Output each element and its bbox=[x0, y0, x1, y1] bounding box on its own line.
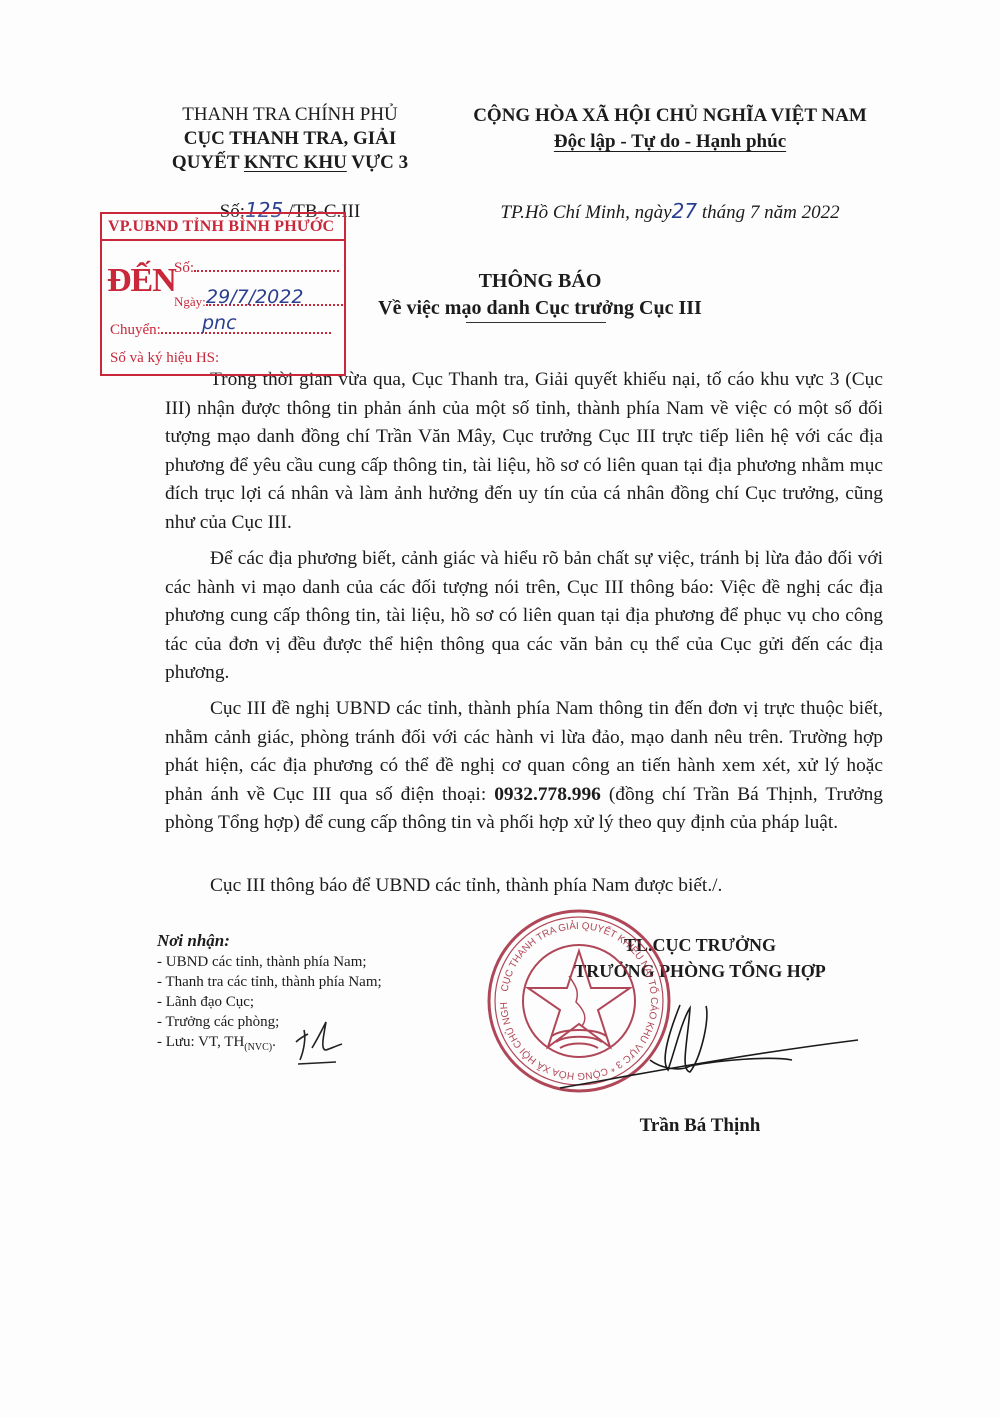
paragraph-2: Để các địa phương biết, cảnh giác và hiể… bbox=[165, 545, 883, 688]
paragraph-1: Trong thời gian vừa qua, Cục Thanh tra, … bbox=[165, 366, 883, 538]
issuing-agency: THANH TRA CHÍNH PHỦ CỤC THANH TRA, GIẢI … bbox=[140, 103, 440, 175]
contact-phone: 0932.778.996 bbox=[494, 784, 601, 805]
title-heading: THÔNG BÁO bbox=[340, 268, 740, 295]
issue-date: TP.Hồ Chí Minh, ngày27 tháng 7 năm 2022 bbox=[440, 199, 900, 224]
recipient-item: - UBND các tỉnh, thành phía Nam; bbox=[157, 952, 457, 972]
agency-name-line1: CỤC THANH TRA, GIẢI bbox=[140, 127, 440, 151]
title-subject: Về việc mạo danh Cục trưởng Cục III bbox=[340, 295, 740, 322]
stamp-forward-handwritten: pnc bbox=[202, 312, 237, 334]
handwritten-day: 27 bbox=[672, 199, 697, 223]
nation-name: CỘNG HÒA XÃ HỘI CHỦ NGHĨA VIỆT NAM bbox=[440, 103, 900, 129]
recipient-item: - Lãnh đạo Cục; bbox=[157, 992, 457, 1012]
stamp-date-handwritten: 29/7/2022 bbox=[206, 286, 303, 308]
initials-mark bbox=[290, 1020, 370, 1070]
handwritten-signature bbox=[530, 1000, 860, 1090]
received-stamp: VP.UBND TỈNH BÌNH PHƯỚC ĐẾN Số: Ngày: 29… bbox=[100, 212, 346, 376]
recipients-label: Nơi nhận: bbox=[157, 930, 457, 952]
national-motto: Độc lập - Tự do - Hạnh phúc bbox=[440, 129, 900, 155]
stamp-office: VP.UBND TỈNH BÌNH PHƯỚC bbox=[102, 214, 344, 241]
stamp-received-label: ĐẾN bbox=[107, 262, 176, 300]
agency-parent: THANH TRA CHÍNH PHỦ bbox=[140, 103, 440, 127]
paragraph-3: Cục III đề nghị UBND các tỉnh, thành phí… bbox=[165, 695, 883, 838]
stamp-file-row: Số và ký hiệu HS: bbox=[110, 350, 219, 367]
agency-name-line2: QUYẾT KNTC KHU VỰC 3 bbox=[140, 151, 440, 175]
signer-name: Trần Bá Thịnh bbox=[520, 1115, 880, 1137]
paragraph-4: Cục III thông báo để UBND các tỉnh, thàn… bbox=[165, 872, 883, 901]
title-underline bbox=[466, 322, 606, 323]
document-title: THÔNG BÁO Về việc mạo danh Cục trưởng Cụ… bbox=[340, 268, 740, 322]
recipient-item: - Thanh tra các tỉnh, thành phía Nam; bbox=[157, 972, 457, 992]
stamp-number-row: Số: bbox=[174, 258, 339, 277]
national-header: CỘNG HÒA XÃ HỘI CHỦ NGHĨA VIỆT NAM Độc l… bbox=[440, 103, 900, 155]
